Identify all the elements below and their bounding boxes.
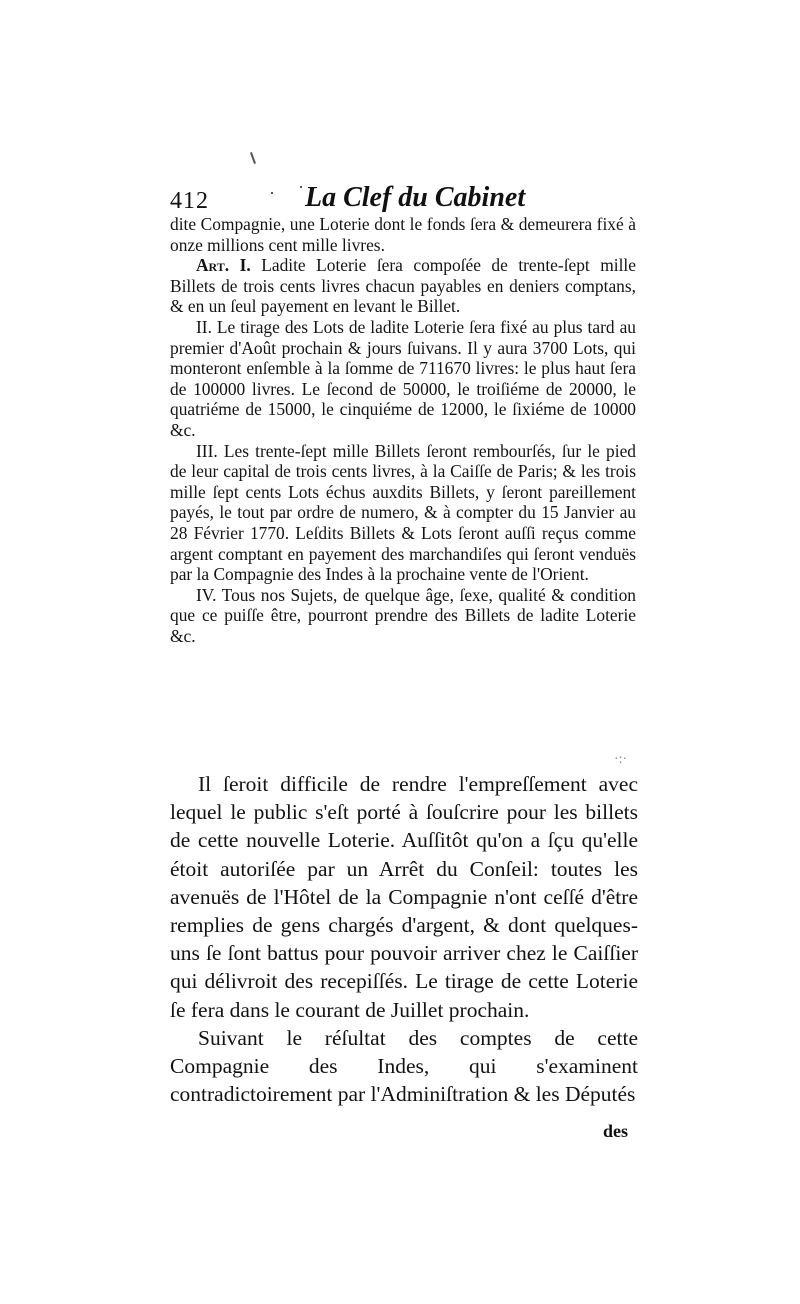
article-1-label: Art. I. bbox=[196, 255, 251, 275]
running-head-title: La Clef du Cabinet bbox=[305, 182, 525, 214]
page-number: 412 bbox=[170, 188, 209, 215]
article-4-paragraph: IV. Tous nos Sujets, de quelque âge, ſex… bbox=[170, 585, 636, 647]
page-header: 412 La Clef du Cabinet bbox=[170, 182, 640, 218]
scan-speck bbox=[250, 152, 256, 164]
margin-mark: ·:· bbox=[614, 752, 627, 768]
article-2-paragraph: II. Le tirage des Lots de ladite Loterie… bbox=[170, 317, 636, 441]
continuation-paragraph: dite Compagnie, une Loterie dont le fond… bbox=[170, 214, 636, 255]
commentary-paragraph-1: Il ſeroit difficile de rendre l'empreſſe… bbox=[170, 770, 638, 1024]
article-1-paragraph: Art. I. Ladite Loterie ſera compoſée de … bbox=[170, 255, 636, 317]
commentary-paragraph-2: Suivant le réſultat des comptes de cette… bbox=[170, 1024, 638, 1109]
decree-text-block: dite Compagnie, une Loterie dont le fond… bbox=[170, 214, 636, 646]
article-3-paragraph: III. Les trente-ſept mille Billets ſeron… bbox=[170, 441, 636, 585]
catchword: des bbox=[603, 1121, 628, 1142]
commentary-text-block: Il ſeroit difficile de rendre l'empreſſe… bbox=[170, 770, 638, 1108]
scanned-book-page: ·:· 412 La Clef du Cabinet dite Compagni… bbox=[0, 0, 800, 1304]
